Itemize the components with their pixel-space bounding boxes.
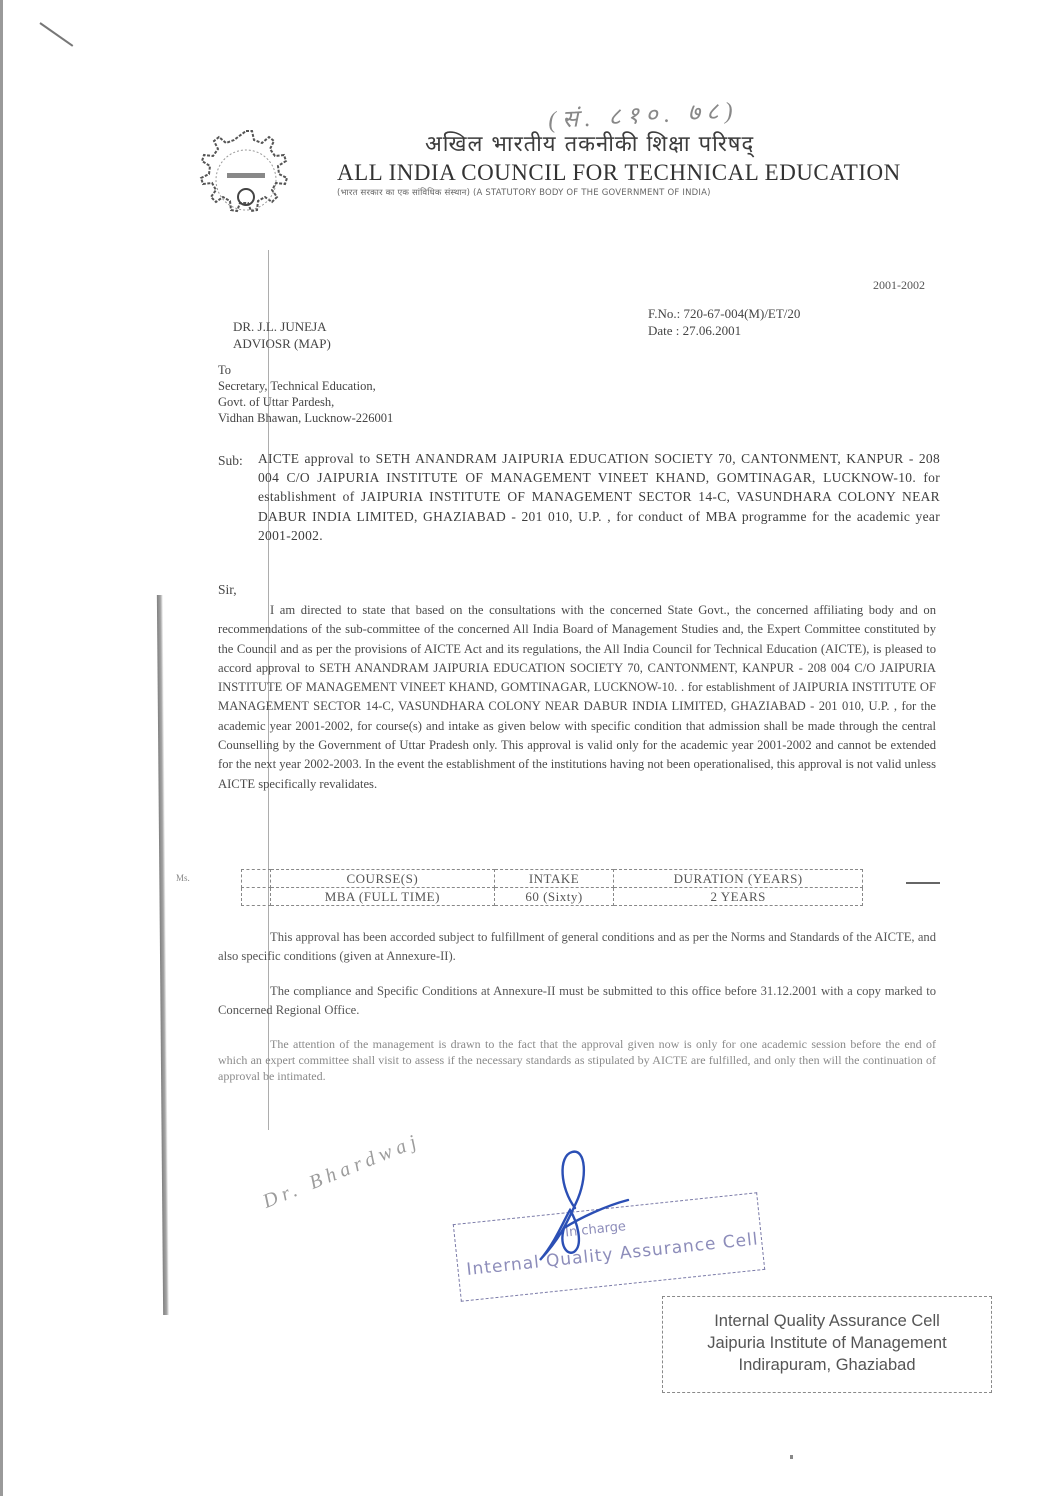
scan-dot [790, 1455, 793, 1459]
recipient-line: Vidhan Bhawan, Lucknow-226001 [218, 410, 393, 426]
signature-icon [520, 1148, 630, 1268]
cell-course: MBA (FULL TIME) [271, 888, 495, 906]
sender-designation: ADVIOSR (MAP) [233, 335, 331, 352]
aicte-gear-emblem-icon [193, 125, 299, 235]
cell-duration: 2 YEARS [614, 888, 863, 906]
scan-margin-streak [157, 595, 169, 1315]
scan-dash-mark [906, 882, 940, 884]
body-paragraph-compliance: The compliance and Specific Conditions a… [218, 982, 936, 1021]
sender-block: DR. J.L. JUNEJA ADVIOSR (MAP) [233, 318, 331, 352]
subject-label: Sub: [218, 453, 243, 469]
subject-text: AICTE approval to SETH ANANDRAM JAIPURIA… [258, 449, 940, 545]
paragraph-text: The compliance and Specific Conditions a… [218, 984, 936, 1017]
recipient-block: To Secretary, Technical Education, Govt.… [218, 362, 393, 426]
body-paragraph-attention: The attention of the management is drawn… [218, 1036, 936, 1084]
stamp-line: Internal Quality Assurance Cell [663, 1310, 991, 1332]
stamp-line: Jaipuria Institute of Management [663, 1332, 991, 1354]
file-number: F.No.: 720-67-004(M)/ET/20 [648, 305, 800, 322]
to-label: To [218, 362, 393, 378]
header-intake: INTAKE [494, 870, 614, 888]
paragraph-text: The attention of the management is drawn… [218, 1037, 936, 1083]
table-gap-cell [242, 888, 271, 906]
handwritten-signoff: Dr. Bhardwaj [260, 1129, 425, 1213]
letter-date: Date : 27.06.2001 [648, 322, 800, 339]
institute-stamp: Internal Quality Assurance Cell Jaipuria… [662, 1296, 992, 1393]
cell-intake: 60 (Sixty) [494, 888, 614, 906]
paragraph-text: I am directed to state that based on the… [218, 603, 936, 791]
table-row: MBA (FULL TIME) 60 (Sixty) 2 YEARS [242, 888, 863, 906]
body-paragraph-conditions: This approval has been accorded subject … [218, 928, 936, 967]
stamp-line: Indirapuram, Ghaziabad [663, 1354, 991, 1376]
margin-note: Ms. [176, 873, 190, 883]
org-subtitle: (भारत सरकार का एक सांविधिक संस्थान) (A S… [337, 187, 711, 198]
recipient-line: Secretary, Technical Education, [218, 378, 393, 394]
table-header-row: COURSE(S) INTAKE DURATION (YEARS) [242, 870, 863, 888]
org-title-hindi: अखिल भारतीय तकनीकी शिक्षा परिषद् [425, 128, 754, 158]
table-gap-cell [242, 870, 271, 888]
body-paragraph-approval: I am directed to state that based on the… [218, 601, 936, 794]
recipient-line: Govt. of Uttar Pardesh, [218, 394, 393, 410]
sender-name: DR. J.L. JUNEJA [233, 318, 331, 335]
paragraph-text: This approval has been accorded subject … [218, 930, 936, 963]
course-intake-table: COURSE(S) INTAKE DURATION (YEARS) MBA (F… [241, 869, 863, 906]
org-title-english: ALL INDIA COUNCIL FOR TECHNICAL EDUCATIO… [337, 160, 901, 186]
file-info: F.No.: 720-67-004(M)/ET/20 Date : 27.06.… [648, 305, 800, 339]
header-duration: DURATION (YEARS) [614, 870, 863, 888]
year-reference: 2001-2002 [873, 278, 925, 293]
scan-smudge [39, 22, 73, 47]
scan-edge [0, 0, 3, 1496]
header-course: COURSE(S) [271, 870, 495, 888]
salutation: Sir, [218, 582, 237, 598]
